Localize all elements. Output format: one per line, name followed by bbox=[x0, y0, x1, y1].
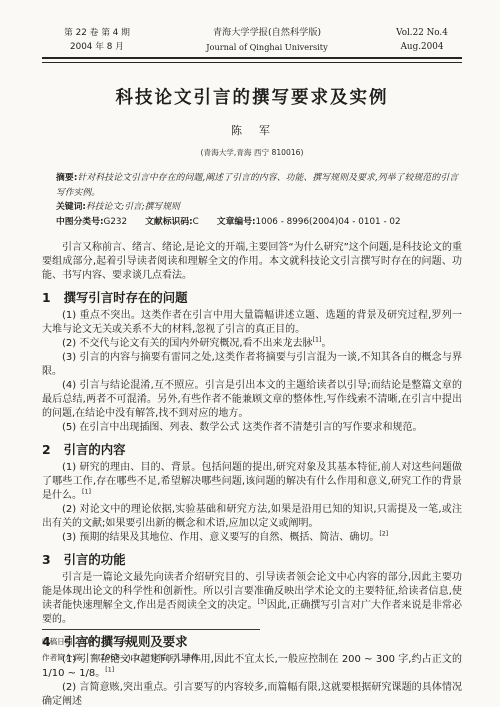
section-title: 引言的功能 bbox=[64, 552, 126, 567]
body-paragraph: (2) 不交代与论文有关的国内外研究概况,看不出来龙去脉[1]。 bbox=[42, 337, 462, 351]
abstract-label: 摘要: bbox=[56, 173, 77, 183]
header-left: 第 22 卷 第 4 期 2004 年 8 月 bbox=[42, 26, 152, 54]
header-right: Vol.22 No.4 Aug.2004 bbox=[382, 26, 462, 54]
section-title: 引言的内容 bbox=[64, 442, 126, 457]
header-center: 青海大学学报(自然科学版) Journal of Qinghai Univers… bbox=[152, 26, 382, 54]
body-paragraph: (4) 引言与结论混淆,互不照应。引言是引出本文的主题给读者以引导;而结论是整篇… bbox=[42, 379, 462, 421]
abstract-block: 摘要:针对科技论文引言中存在的问题,阐述了引言的内容、功能、撰写规则及要求,列举… bbox=[56, 171, 458, 229]
journal-header: 第 22 卷 第 4 期 2004 年 8 月 青海大学学报(自然科学版) Jo… bbox=[42, 26, 462, 54]
citation-superscript: [2] bbox=[379, 531, 388, 538]
section-heading: 2引言的内容 bbox=[42, 441, 462, 458]
body-paragraph: (2) 言简意赅,突出重点。引言要写的内容较多,而篇幅有限,这就要根据研究课题的… bbox=[42, 681, 462, 707]
body-paragraph: (1) 重点不突出。这类作者在引言中用大量篇幅讲述立题、选题的背景及研究过程,罗… bbox=[42, 309, 462, 337]
keywords-line: 关键词:科技论文;引言;撰写规则 bbox=[56, 200, 458, 215]
body-paragraph: (1) 研究的理由、目的、背景。包括问题的提出,研究对象及其基本特征,前人对这些… bbox=[42, 461, 462, 503]
footnote-block: 收稿日期:2004 - 03 - 26 作者简介:陈 军(1968—),女,吉林… bbox=[42, 629, 462, 665]
volume-en: Vol.22 No.4 bbox=[382, 26, 462, 40]
section-number: 3 bbox=[42, 552, 51, 567]
footnote-rule bbox=[42, 629, 260, 630]
keywords-text: 科技论文;引言;撰写规则 bbox=[86, 202, 180, 212]
section-heading: 3引言的功能 bbox=[42, 551, 462, 568]
journal-name-en: Journal of Qinghai University bbox=[152, 40, 382, 54]
abstract-line: 摘要:针对科技论文引言中存在的问题,阐述了引言的内容、功能、撰写规则及要求,列举… bbox=[56, 171, 458, 200]
header-rule bbox=[42, 57, 462, 63]
article-id-value: 1006 - 8996(2004)04 - 0101 - 02 bbox=[256, 217, 401, 227]
keywords-label: 关键词: bbox=[56, 202, 86, 212]
abstract-text: 针对科技论文引言中存在的问题,阐述了引言的内容、功能、撰写规则及要求,列举了较规… bbox=[56, 173, 458, 198]
issue-date-cn: 2004 年 8 月 bbox=[42, 40, 152, 54]
section-heading: 1撰写引言时存在的问题 bbox=[42, 289, 462, 306]
clc-value: G232 bbox=[104, 217, 128, 227]
citation-superscript: [1] bbox=[82, 489, 91, 496]
citation-superscript: [3] bbox=[258, 599, 267, 606]
issue-date-en: Aug.2004 bbox=[382, 40, 462, 54]
citation-superscript: [1] bbox=[313, 337, 322, 344]
body-paragraph: (2) 对论文中的理论依据,实验基础和研究方法,如果是沿用已知的知识,只需提及一… bbox=[42, 503, 462, 531]
intro-paragraph: 引言又称前言、绪言、绪论,是论文的开端,主要回答“为什么研究”这个问题,是科技论… bbox=[42, 241, 462, 283]
body-paragraph: 引言是一篇论文最先向读者介绍研究目的、引导读者领会论文中心内容的部分,因此主要功… bbox=[42, 571, 462, 627]
journal-name-cn: 青海大学学报(自然科学版) bbox=[152, 26, 382, 40]
journal-page: 第 22 卷 第 4 期 2004 年 8 月 青海大学学报(自然科学版) Jo… bbox=[0, 0, 500, 707]
author-bio: 作者简介:陈 军(1968—),女,吉林浑江人,讲师。 bbox=[42, 650, 462, 666]
section-number: 2 bbox=[42, 442, 51, 457]
doc-code-label: 文献标识码: bbox=[145, 217, 193, 227]
body-paragraph: (3) 引言的内容与摘要有雷同之处,这类作者将摘要与引言混为一谈,不知其各自的概… bbox=[42, 351, 462, 379]
clc-label: 中图分类号: bbox=[56, 217, 104, 227]
citation-superscript: [1] bbox=[105, 667, 114, 674]
article-title: 科技论文引言的撰写要求及实例 bbox=[42, 84, 462, 109]
article-author: 陈 军 bbox=[42, 122, 462, 138]
doc-code-value: C bbox=[193, 217, 199, 227]
author-affiliation: (青海大学,青海 西宁 810016) bbox=[42, 147, 462, 158]
section-title: 撰写引言时存在的问题 bbox=[64, 290, 188, 305]
article-id-label: 文章编号: bbox=[217, 217, 256, 227]
body-paragraph: (5) 在引言中出现插图、列表、数学公式 这类作者不清楚引言的写作要求和规范。 bbox=[42, 421, 462, 435]
volume-issue: 第 22 卷 第 4 期 bbox=[42, 26, 152, 40]
body-paragraph: (3) 预期的结果及其地位、作用、意义要写的自然、概括、简洁、确切。[2] bbox=[42, 531, 462, 545]
section-number: 1 bbox=[42, 290, 51, 305]
received-date: 收稿日期:2004 - 03 - 26 bbox=[42, 634, 462, 650]
meta-line: 中图分类号:G232文献标识码:C文章编号:1006 - 8996(2004)0… bbox=[56, 215, 458, 230]
